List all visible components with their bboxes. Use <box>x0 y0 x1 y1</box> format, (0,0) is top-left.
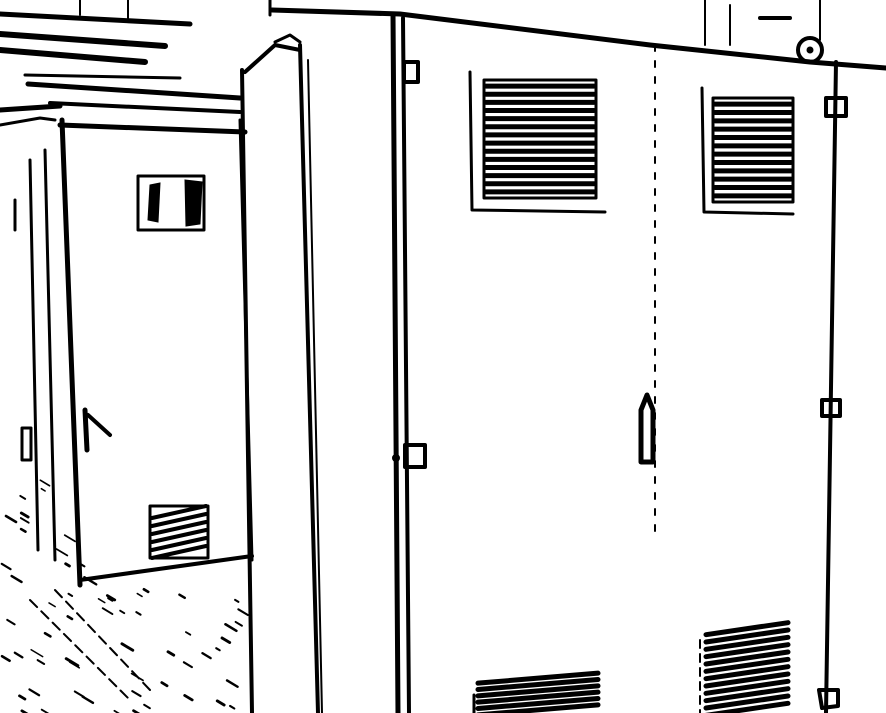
cabinet-scene <box>0 0 886 713</box>
